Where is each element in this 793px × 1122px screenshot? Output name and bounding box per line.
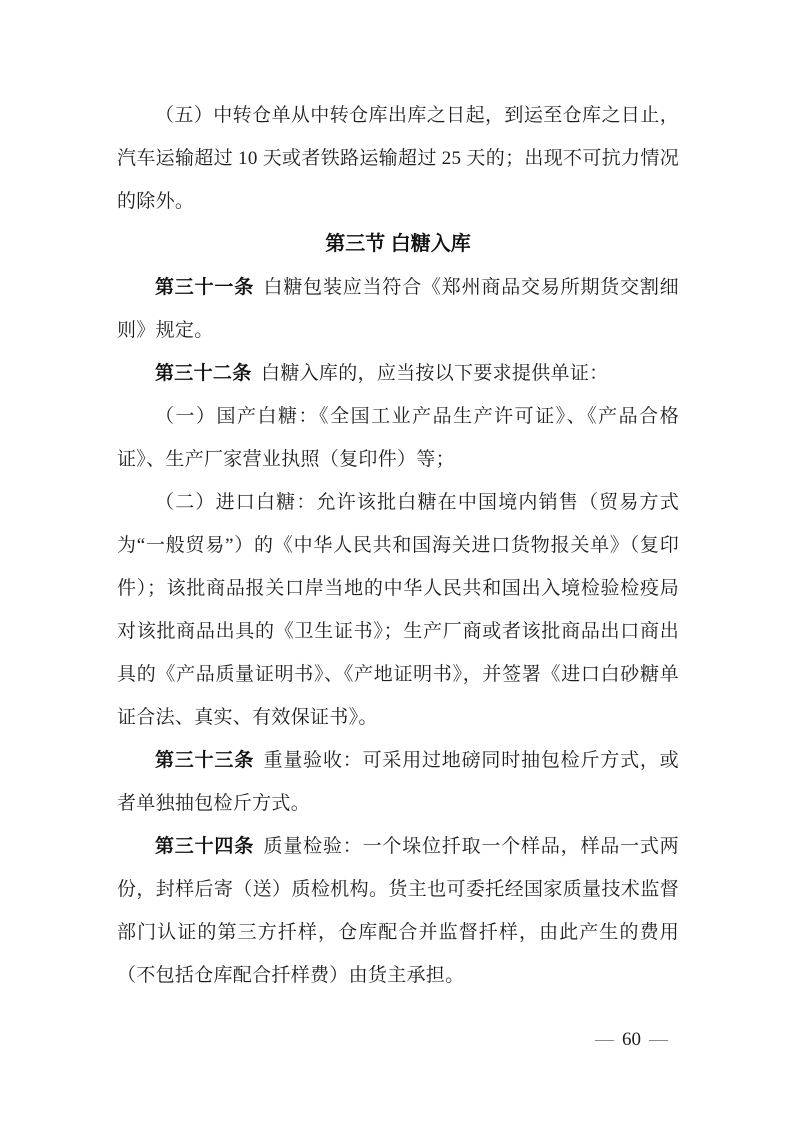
page-number-dash-left: — bbox=[587, 1029, 622, 1050]
paragraph-article-31: 第三十一条白糖包装应当符合《郑州商品交易所期货交割细则》规定。 bbox=[117, 266, 679, 352]
list-item-domestic-sugar: （一）国产白糖：《全国工业产品生产许可证》、《产品合格证》、生产厂家营业执照（复… bbox=[117, 395, 679, 481]
article-33-label: 第三十三条 bbox=[155, 750, 254, 771]
page-number-dash-right: — bbox=[641, 1029, 676, 1050]
article-32-label: 第三十二条 bbox=[155, 363, 252, 384]
article-34-label: 第三十四条 bbox=[155, 836, 254, 857]
paragraph-article-34: 第三十四条质量检验：一个垛位扦取一个样品，样品一式两份，封样后寄（送）质检机构。… bbox=[117, 825, 679, 997]
article-34-text: 质量检验：一个垛位扦取一个样品，样品一式两份，封样后寄（送）质检机构。货主也可委… bbox=[117, 836, 679, 986]
section-heading-sugar-storage: 第三节 白糖入库 bbox=[117, 223, 679, 266]
page-number-value: 60 bbox=[622, 1029, 641, 1050]
paragraph-article-33: 第三十三条重量验收：可采用过地磅同时抽包检斤方式，或者单独抽包检斤方式。 bbox=[117, 739, 679, 825]
document-body: （五）中转仓单从中转仓库出库之日起，到运至仓库之日止，汽车运输超过 10 天或者… bbox=[117, 94, 679, 997]
page-number: —60— bbox=[587, 1028, 676, 1052]
article-32-text: 白糖入库的，应当按以下要求提供单证： bbox=[261, 363, 608, 384]
paragraph-article-32: 第三十二条白糖入库的，应当按以下要求提供单证： bbox=[117, 352, 679, 395]
list-item-imported-sugar: （二）进口白糖：允许该批白糖在中国境内销售（贸易方式为“一般贸易”）的《中华人民… bbox=[117, 481, 679, 739]
paragraph-transit-clause: （五）中转仓单从中转仓库出库之日起，到运至仓库之日止，汽车运输超过 10 天或者… bbox=[117, 94, 679, 223]
article-31-label: 第三十一条 bbox=[155, 277, 254, 298]
document-page: （五）中转仓单从中转仓库出库之日起，到运至仓库之日止，汽车运输超过 10 天或者… bbox=[0, 0, 793, 1122]
